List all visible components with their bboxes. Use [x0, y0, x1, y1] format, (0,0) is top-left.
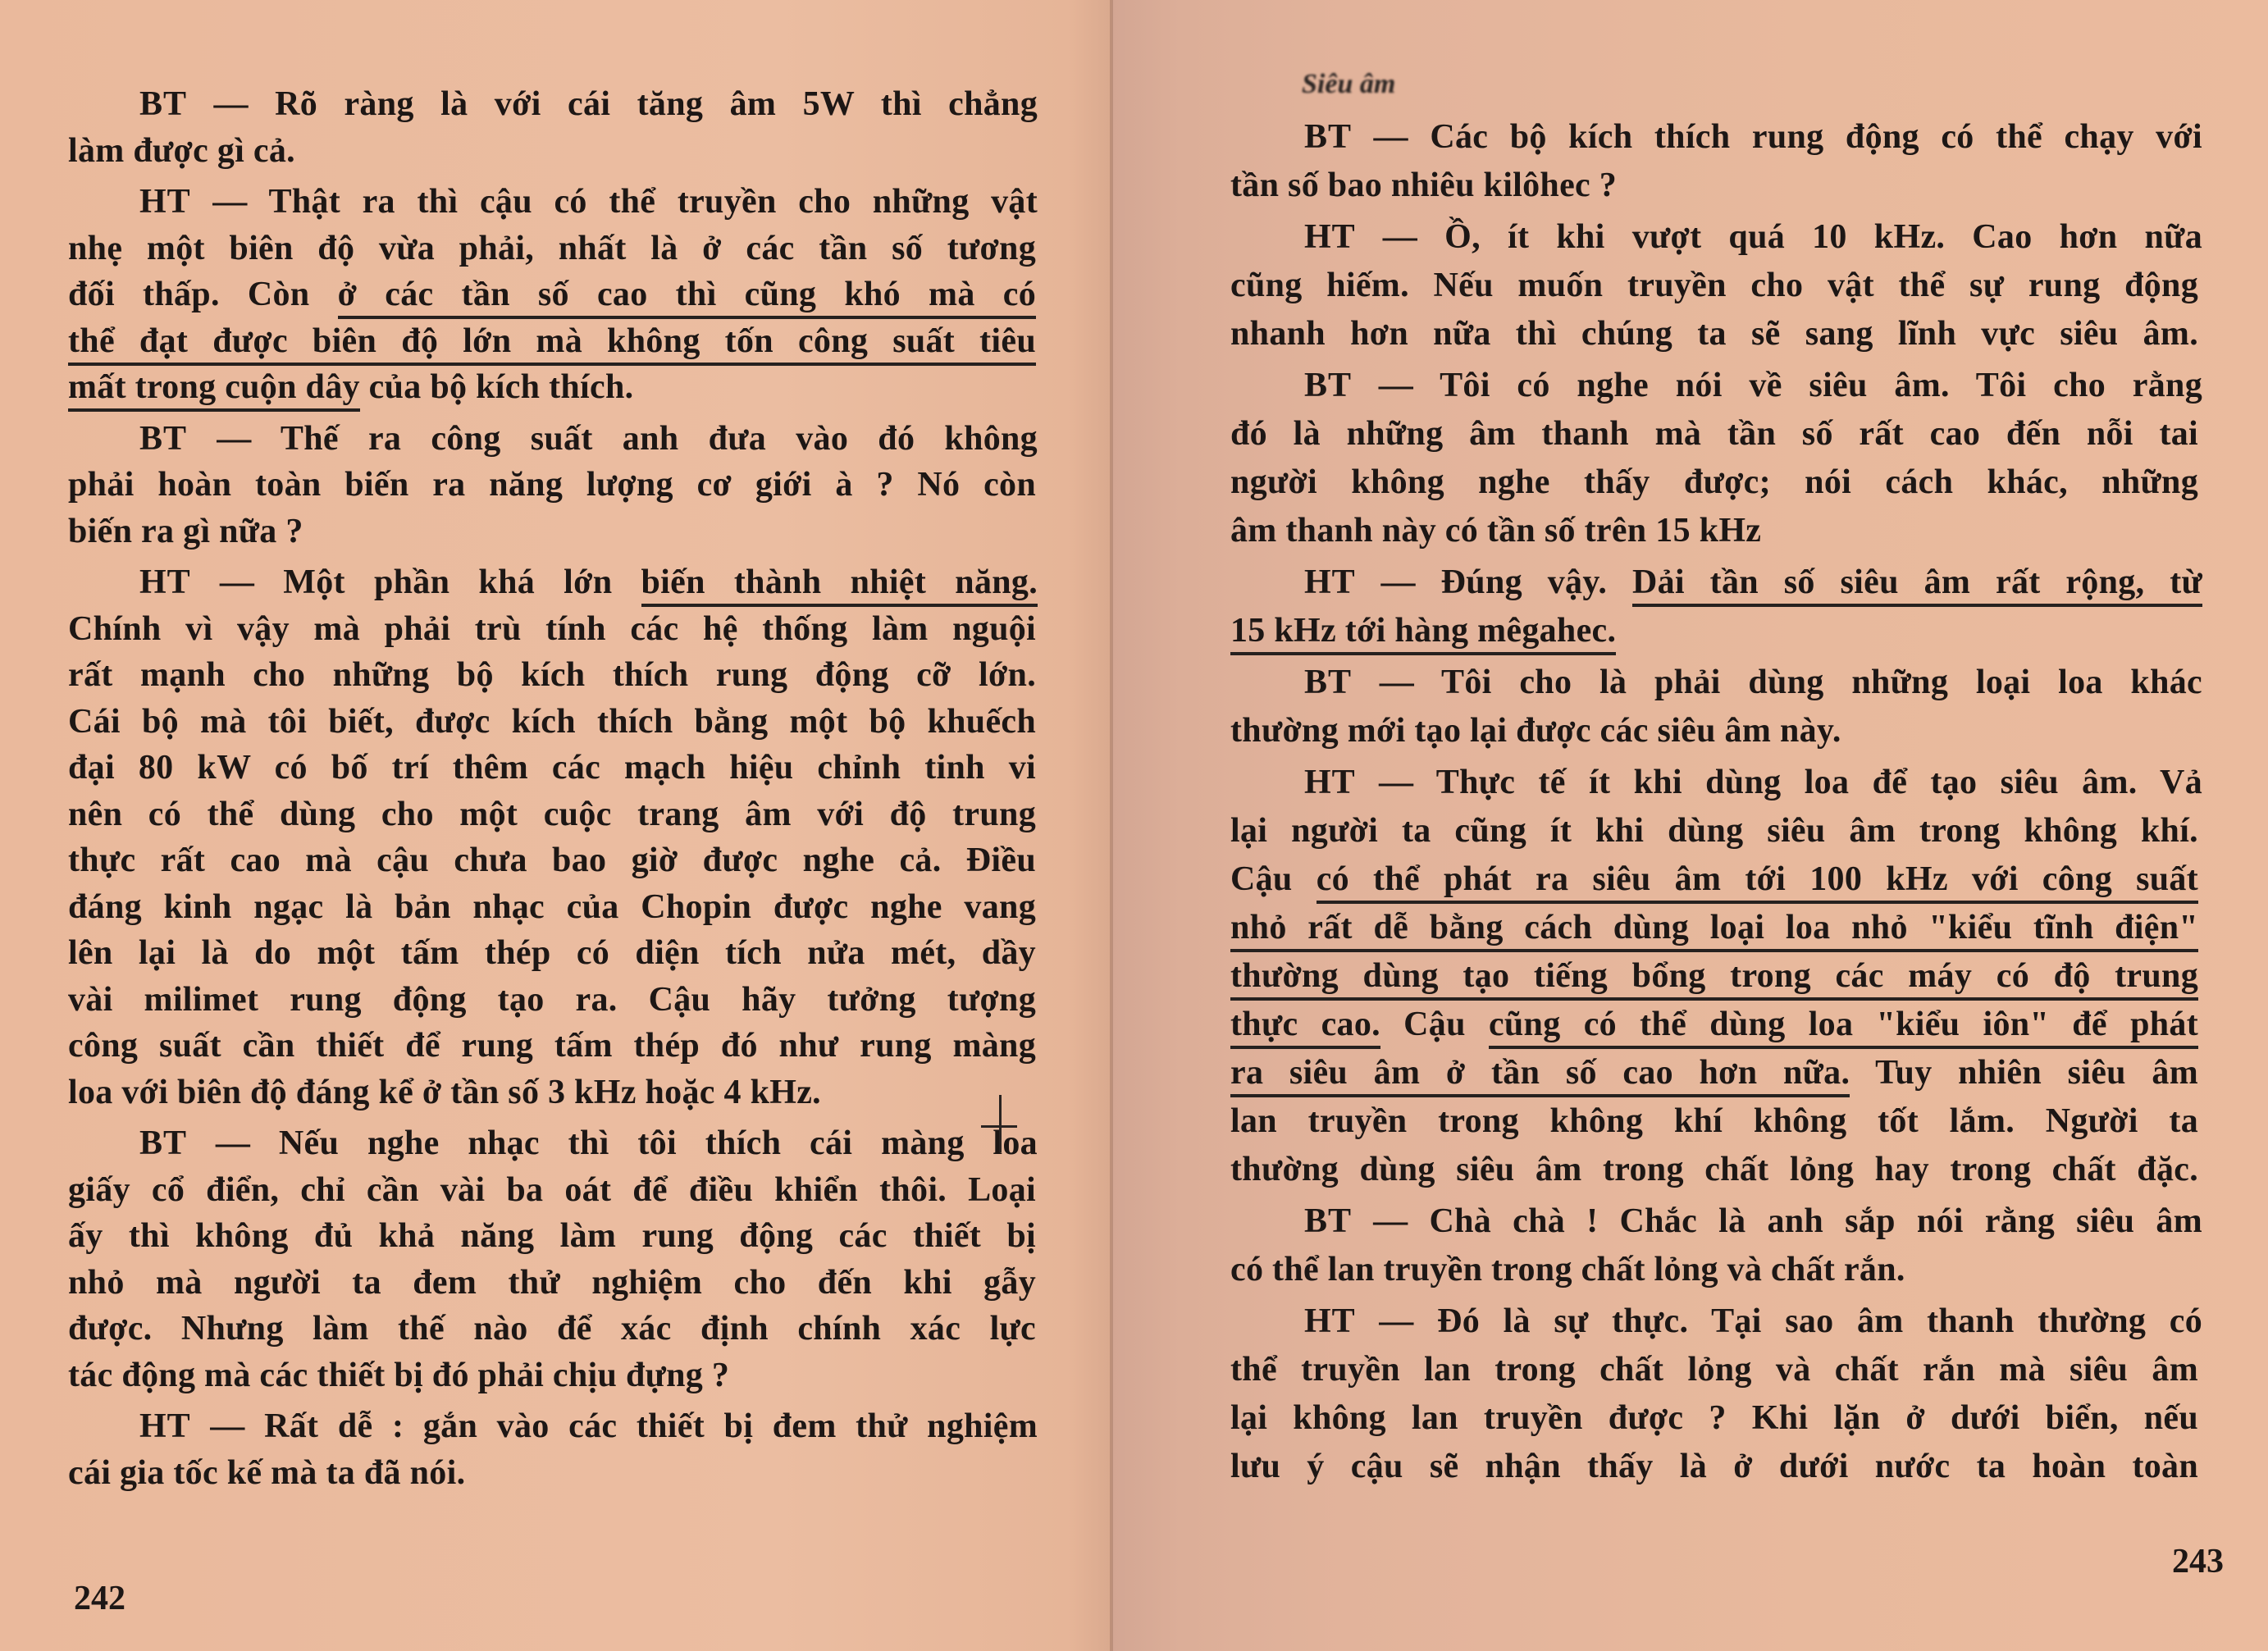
dialogue-line-start: BT — Nếu nghe nhạc thì tôi thích cái màn… [139, 1123, 1038, 1164]
dialogue-line-start: BT — Tôi cho là phải dùng những loại loa… [1304, 662, 2202, 703]
text-line: lại không lan truyền được ? Khi lặn ở dư… [1230, 1398, 2198, 1439]
text-line: lên lại là do một tấm thép có diện tích … [68, 933, 1036, 974]
text-line: làm được gì cả. [68, 130, 1036, 171]
text-line: đáng kinh ngạc là bản nhạc của Chopin đư… [68, 887, 1036, 928]
text-line: công suất cần thiết để rung tấm thép đó … [68, 1025, 1036, 1066]
text-line: thường dùng tạo tiếng bổng trong các máy… [1230, 955, 2198, 997]
text-line: vài milimet rung động tạo ra. Cậu hãy tư… [68, 979, 1036, 1020]
dialogue-line-start: HT — Rất dễ : gắn vào các thiết bị đem t… [139, 1406, 1038, 1447]
text-line: cũng hiếm. Nếu muốn truyền cho vật thể s… [1230, 265, 2198, 306]
text-line: tần số bao nhiêu kilôhec ? [1230, 165, 2198, 206]
text-line: nhẹ một biên độ vừa phải, nhất là ở các … [68, 228, 1036, 269]
page-number-right: 243 [2172, 1542, 2224, 1581]
dialogue-line-start: HT — Thật ra thì cậu có thể truyền cho n… [139, 181, 1038, 222]
text-line: lại người ta cũng ít khi dùng siêu âm tr… [1230, 810, 2198, 851]
text-line: nhỏ mà người ta đem thử nghiệm cho đến k… [68, 1262, 1036, 1303]
text-line: nhỏ rất dễ bằng cách dùng loại loa nhỏ "… [1230, 907, 2198, 948]
text-line: phải hoàn toàn biến ra năng lượng cơ giớ… [68, 464, 1036, 505]
text-line: nhanh hơn nữa thì chúng ta sẽ sang lĩnh … [1230, 313, 2198, 354]
text-line: biến ra gì nữa ? [68, 511, 1036, 552]
text-line: Cái bộ mà tôi biết, được kích thích bằng… [68, 701, 1036, 742]
dialogue-line-start: HT — Thực tế ít khi dùng loa để tạo siêu… [1304, 762, 2202, 803]
text-line: người không nghe thấy được; nói cách khá… [1230, 462, 2198, 503]
text-line: được. Nhưng làm thế nào để xác định chín… [68, 1308, 1036, 1349]
text-line: thực rất cao mà cậu chưa bao giờ được ng… [68, 840, 1036, 881]
text-line: ấy thì không đủ khả năng làm rung động c… [68, 1215, 1036, 1256]
text-line: ra siêu âm ở tần số cao hơn nữa. Tuy nhi… [1230, 1052, 2198, 1093]
text-line: cái gia tốc kế mà ta đã nói. [68, 1453, 1036, 1494]
text-line: thường mới tạo lại được các siêu âm này. [1230, 710, 2198, 751]
text-line: Cậu có thể phát ra siêu âm tới 100 kHz v… [1230, 859, 2198, 900]
text-line: có thể lan truyền trong chất lỏng và chấ… [1230, 1249, 2198, 1290]
text-line: lan truyền trong không khí không tốt lắm… [1230, 1101, 2198, 1142]
text-line: lưu ý cậu sẽ nhận thấy là ở dưới nước ta… [1230, 1446, 2198, 1487]
text-line: đó là những âm thanh mà tần số rất cao đ… [1230, 413, 2198, 454]
text-line: thể truyền lan trong chất lỏng và chất r… [1230, 1349, 2198, 1390]
text-line: rất mạnh cho những bộ kích thích rung độ… [68, 654, 1036, 696]
text-line: thể đạt được biên độ lớn mà không tốn cô… [68, 321, 1036, 362]
dialogue-line-start: HT — Ồ, ít khi vượt quá 10 kHz. Cao hơn … [1304, 217, 2202, 258]
text-line: thường dùng siêu âm trong chất lỏng hay … [1230, 1149, 2198, 1190]
dialogue-line-start: BT — Rõ ràng là với cái tăng âm 5W thì c… [139, 84, 1038, 125]
text-line: Chính vì vậy mà phải trù tính các hệ thố… [68, 609, 1036, 650]
text-line: 15 kHz tới hàng mêgahec. [1230, 610, 2198, 651]
page-number-left: 242 [74, 1579, 125, 1618]
text-line: giấy cổ điển, chỉ cần vài ba oát để điều… [68, 1170, 1036, 1211]
dialogue-line-start: HT — Đúng vậy. Dải tần số siêu âm rất rộ… [1304, 562, 2202, 603]
pen-mark [981, 1125, 1017, 1128]
text-line: tác động mà các thiết bị đó phải chịu đự… [68, 1355, 1036, 1396]
book-gutter [1110, 0, 1113, 1651]
running-header: Siêu âm [1302, 69, 1395, 100]
pen-mark [999, 1095, 1002, 1152]
dialogue-line-start: HT — Một phần khá lớn biến thành nhiệt n… [139, 562, 1038, 603]
dialogue-line-start: BT — Chà chà ! Chắc là anh sắp nói rằng … [1304, 1201, 2202, 1242]
dialogue-line-start: HT — Đó là sự thực. Tại sao âm thanh thư… [1304, 1301, 2202, 1342]
dialogue-line-start: BT — Các bộ kích thích rung động có thể … [1304, 116, 2202, 157]
text-line: đối thấp. Còn ở các tần số cao thì cũng … [68, 274, 1036, 315]
text-line: nên có thể dùng cho một cuộc trang âm vớ… [68, 794, 1036, 835]
text-line: thực cao. Cậu cũng có thể dùng loa "kiểu… [1230, 1004, 2198, 1045]
text-line: mất trong cuộn dây của bộ kích thích. [68, 367, 1036, 408]
dialogue-line-start: BT — Tôi có nghe nói về siêu âm. Tôi cho… [1304, 365, 2202, 406]
text-line: âm thanh này có tần số trên 15 kHz [1230, 510, 2198, 551]
text-line: loa với biên độ đáng kể ở tần số 3 kHz h… [68, 1072, 1036, 1113]
dialogue-line-start: BT — Thế ra công suất anh đưa vào đó khô… [139, 418, 1038, 459]
text-line: đại 80 kW có bố trí thêm các mạch hiệu c… [68, 747, 1036, 788]
